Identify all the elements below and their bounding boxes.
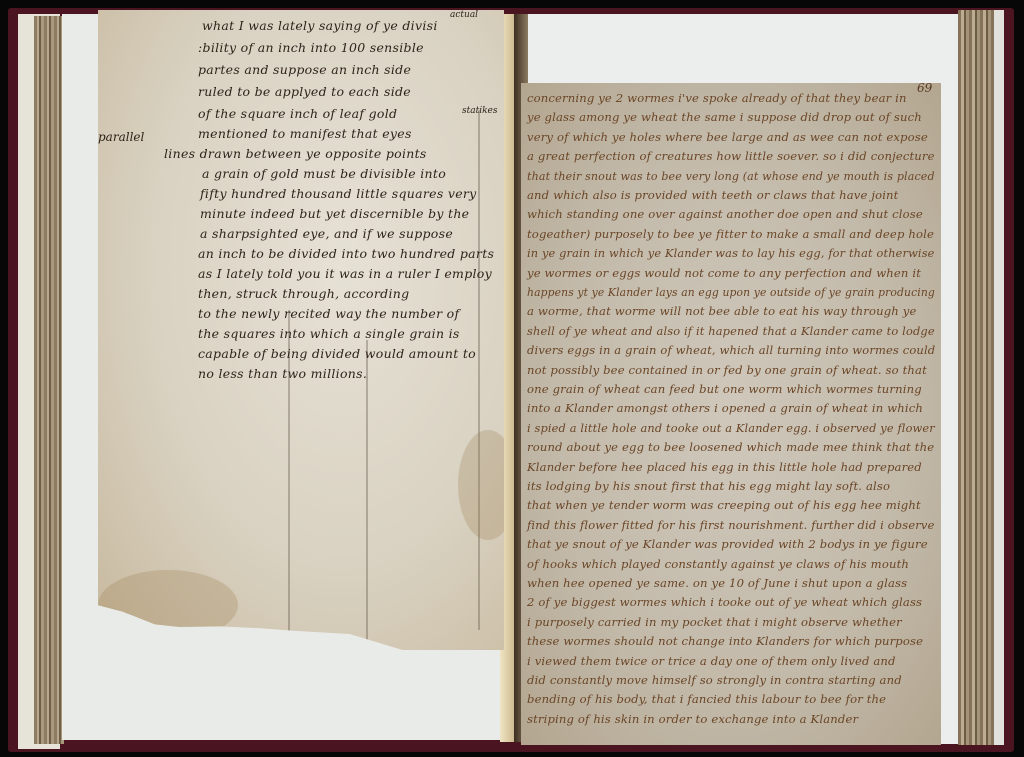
left-page-edges (34, 16, 64, 744)
text-line: happens yt ye Klander lays an egg upon y… (527, 285, 935, 299)
interlinear-annotation: statikes (462, 106, 498, 116)
text-line: fifty hundred thousand little squares ve… (200, 186, 477, 201)
text-line: shell of ye wheat and also if it hapened… (527, 324, 935, 338)
text-line: which standing one over against another … (527, 207, 923, 221)
text-line: what I was lately saying of ye divisi (202, 18, 438, 33)
text-line: an inch to be divided into two hundred p… (198, 246, 494, 261)
text-line: mentioned to manifest that eyes (198, 126, 412, 141)
text-line: ye glass among ye wheat the same i suppo… (527, 110, 922, 124)
text-line: then, struck through, according (198, 286, 409, 301)
fold-crease (478, 110, 480, 630)
text-line: when hee opened ye same. on ye 10 of Jun… (527, 576, 907, 590)
text-line: and which also is provided with teeth or… (527, 188, 898, 202)
text-line: divers eggs in a grain of wheat, which a… (527, 343, 935, 357)
text-line: lines drawn between ye opposite points (164, 146, 427, 161)
text-line: in ye grain in which ye Klander was to l… (527, 246, 935, 260)
right-manuscript-leaf: 69 concerning ye 2 wormes i've spoke alr… (521, 83, 941, 745)
text-line: as I lately told you it was in a ruler I… (198, 266, 492, 281)
text-line: a sharpsighted eye, and if we suppose (200, 226, 453, 241)
text-line: a grain of gold must be divisible into (202, 166, 446, 181)
text-line: 2 of ye biggest wormes which i tooke out… (527, 595, 922, 609)
text-line: did constantly move himself so strongly … (527, 673, 902, 687)
text-line: minute indeed but yet discernible by the (200, 206, 469, 221)
text-line: a great perfection of creatures how litt… (527, 149, 935, 163)
text-line: concerning ye 2 wormes i've spoke alread… (527, 91, 907, 105)
text-line: no less than two millions. (198, 366, 367, 381)
text-line: find this flower fitted for his first no… (527, 518, 935, 532)
folio-number: 69 (917, 81, 932, 95)
text-line: of hooks which played constantly against… (527, 557, 909, 571)
text-line: very of which ye holes where bee large a… (527, 130, 928, 144)
text-line: its lodging by his snout first that his … (527, 479, 890, 493)
text-line: bending of his body, that i fancied this… (527, 692, 886, 706)
text-line: into a Klander amongst others i opened a… (527, 401, 923, 415)
text-line: these wormes should not change into Klan… (527, 634, 923, 648)
text-line: not possibly bee contained in or fed by … (527, 363, 927, 377)
fold-crease (288, 310, 290, 650)
text-line: a worme, that worme will not bee able to… (527, 304, 916, 318)
text-line: one grain of wheat can feed but one worm… (527, 382, 922, 396)
text-line: togeather) purposely to bee ye fitter to… (527, 227, 934, 241)
text-line: that their snout was to bee very long (a… (527, 169, 935, 183)
text-line: i purposely carried in my pocket that i … (527, 615, 902, 629)
text-line: to the newly recited way the number of (198, 306, 459, 321)
text-line: the squares into which a single grain is (198, 326, 460, 341)
text-line: round about ye egg to bee loosened which… (527, 440, 934, 454)
text-line: partes and suppose an inch side (198, 62, 411, 77)
text-line: :bility of an inch into 100 sensible (198, 40, 424, 55)
margin-annotation: parallel (98, 130, 144, 144)
text-line: that ye snout of ye Klander was provided… (527, 537, 928, 551)
text-line: ye wormes or eggs would not come to any … (527, 266, 921, 280)
text-line: capable of being divided would amount to (198, 346, 476, 361)
text-line: that when ye tender worm was creeping ou… (527, 498, 921, 512)
text-line: Klander before hee placed his egg in thi… (527, 460, 922, 474)
text-line: i spied a little hole and tooke out a Kl… (527, 421, 935, 435)
left-manuscript-leaf: actual statikes parallel what I was late… (98, 10, 504, 650)
text-line: striping of his skin in order to exchang… (527, 712, 858, 726)
text-line: i viewed them twice or trice a day one o… (527, 654, 896, 668)
text-line: of the square inch of leaf gold (198, 106, 397, 121)
right-pastedown (994, 10, 1004, 745)
interlinear-annotation: actual (450, 10, 478, 20)
text-line: ruled to be applyed to each side (198, 84, 411, 99)
fold-crease (366, 340, 368, 640)
